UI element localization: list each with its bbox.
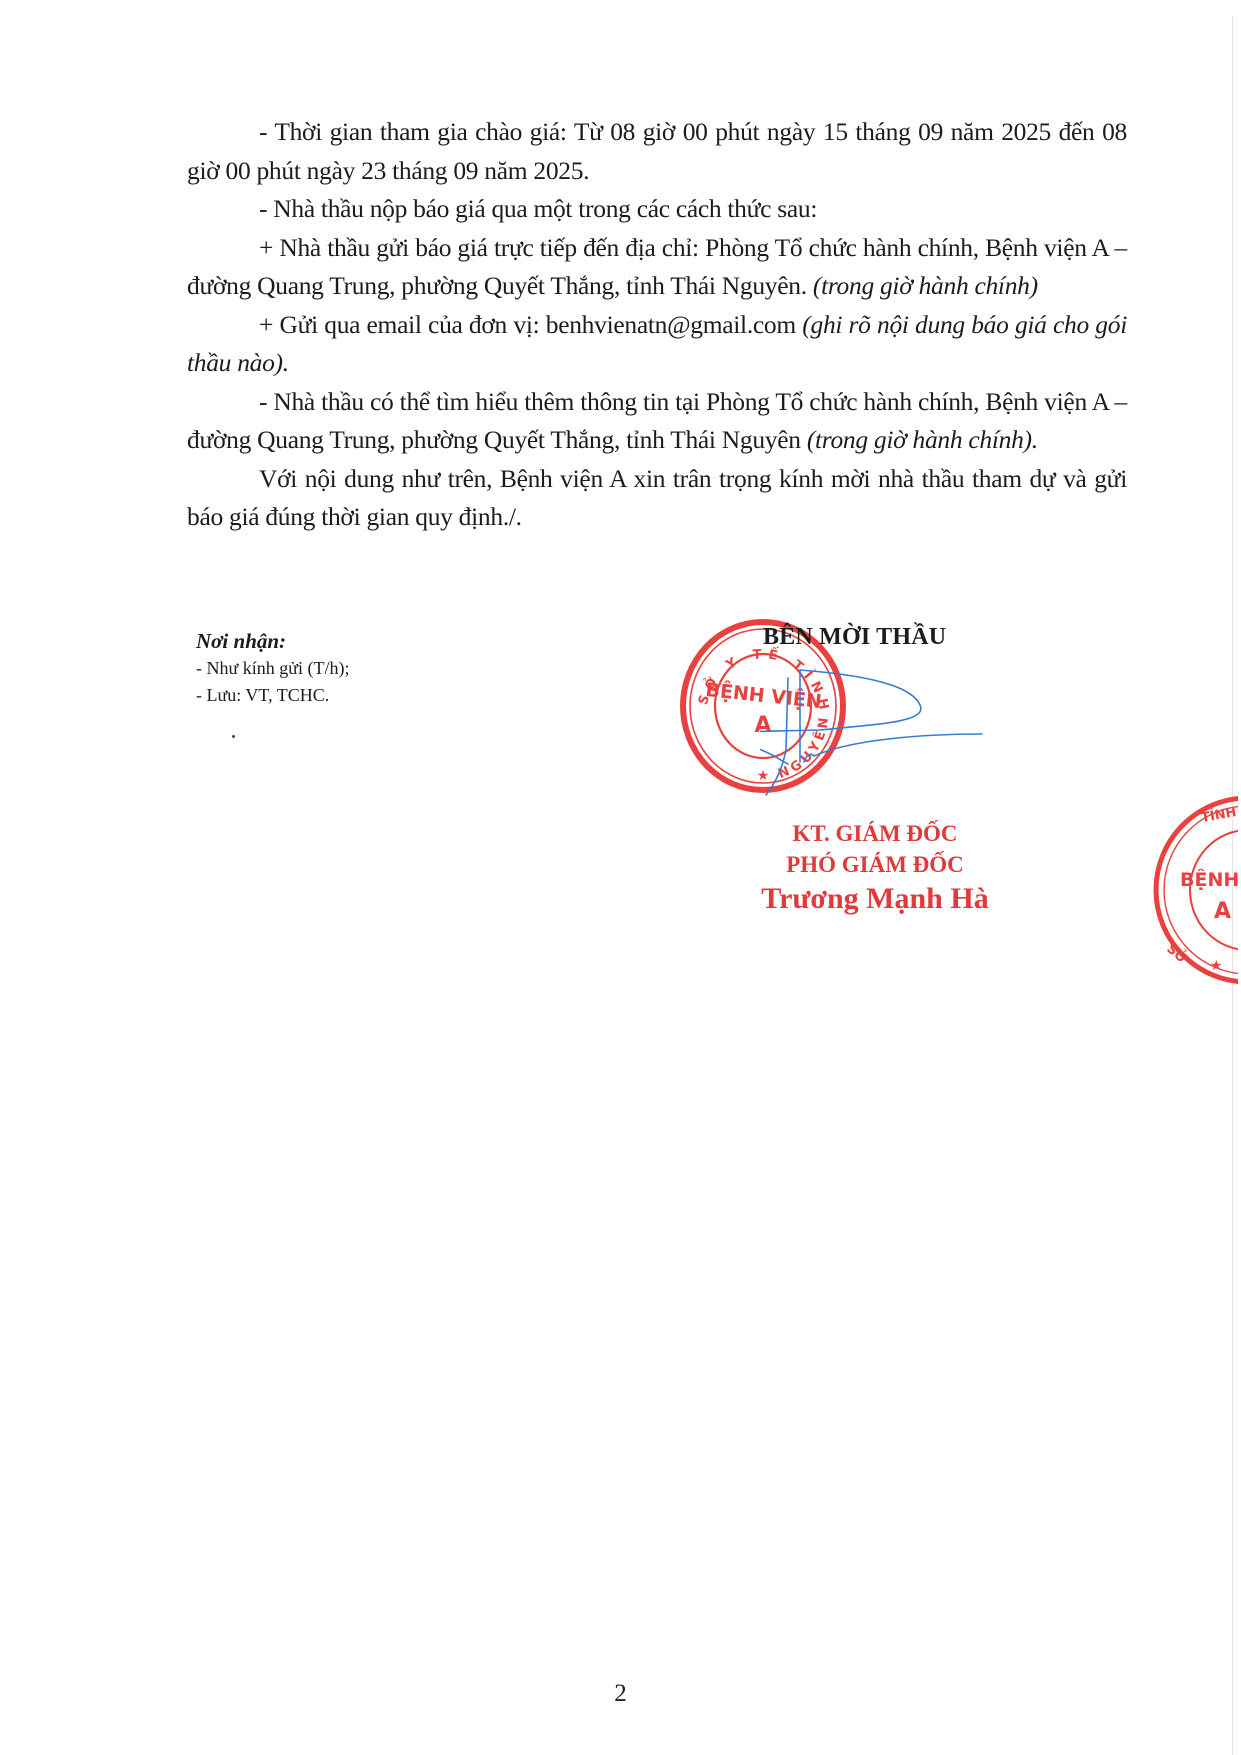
recipient-item: - Lưu: VT, TCHC. [196,682,350,709]
recipients-block: Nơi nhận: - Như kính gửi (T/h); - Lưu: V… [196,628,350,709]
page-number: 2 [0,1680,1241,1708]
italic-note: (trong giờ hành chính) [813,271,1038,300]
paragraph-text: - Thời gian tham gia chào giá: Từ 08 giờ… [187,117,1127,185]
paragraph-text: + Gửi qua email của đơn vị: benhvienatn@… [259,310,802,339]
signer-position: PHÓ GIÁM ĐỐC [740,849,1010,880]
signer-authority: KT. GIÁM ĐỐC [740,818,1010,849]
svg-text:★: ★ [1210,958,1223,974]
margin-seal-icon: TỈNH BỆNH A SỞ ★ [1148,790,1238,990]
body-paragraph: - Thời gian tham gia chào giá: Từ 08 giờ… [187,113,1127,190]
recipients-heading: Nơi nhận: [196,628,350,655]
svg-text:A: A [1214,899,1231,924]
svg-text:SỞ: SỞ [1163,940,1190,967]
italic-note: (trong giờ hành chính). [807,425,1038,454]
body-paragraph: + Gửi qua email của đơn vị: benhvienatn@… [187,306,1127,383]
signature-icon [760,660,1020,800]
signer-party: BÊN MỜI THẦU [763,624,946,651]
signer-block: KT. GIÁM ĐỐC PHÓ GIÁM ĐỐC Trương Mạnh Hà [740,818,1010,918]
body-paragraph: + Nhà thầu gửi báo giá trực tiếp đến địa… [187,229,1127,306]
signer-name: Trương Mạnh Hà [740,880,1010,918]
paragraph-text: Với nội dung như trên, Bệnh viện A xin t… [187,464,1127,532]
body-paragraph: - Nhà thầu nộp báo giá qua một trong các… [187,190,1127,229]
stray-mark [232,735,235,738]
svg-text:BỆNH: BỆNH [1180,867,1238,891]
document-body: - Thời gian tham gia chào giá: Từ 08 giờ… [187,113,1127,537]
body-paragraph: Với nội dung như trên, Bệnh viện A xin t… [187,460,1127,537]
recipient-item: - Như kính gửi (T/h); [196,655,350,682]
body-paragraph: - Nhà thầu có thể tìm hiểu thêm thông ti… [187,383,1127,460]
paragraph-text: - Nhà thầu nộp báo giá qua một trong các… [259,194,817,223]
